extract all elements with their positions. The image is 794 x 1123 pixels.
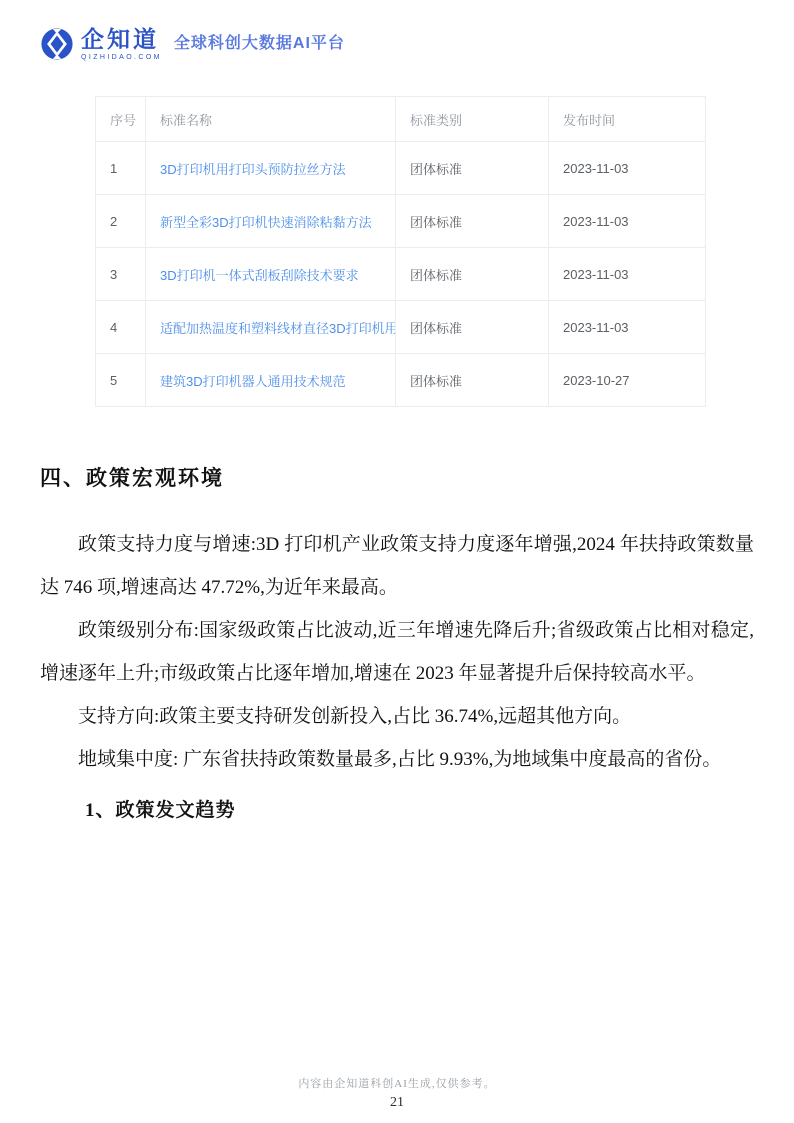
paragraph-policy-levels: 政策级别分布:国家级政策占比波动,近三年增速先降后升;省级政策占比相对稳定,增速… — [40, 609, 754, 695]
logo-tagline: 全球科创大数据AI平台 — [174, 27, 345, 53]
table-row: 3 3D打印机一体式刮板刮除技术要求 团体标准 2023-11-03 — [96, 248, 706, 301]
standards-table: 序号 标准名称 标准类别 发布时间 1 3D打印机用打印头预防拉丝方法 团体标准… — [95, 96, 705, 407]
column-header-date: 发布时间 — [549, 97, 706, 142]
cell-type: 团体标准 — [396, 195, 549, 248]
cell-date: 2023-11-03 — [549, 248, 706, 301]
cell-date: 2023-10-27 — [549, 354, 706, 407]
cell-type: 团体标准 — [396, 301, 549, 354]
logo-brand-name: 企知道 — [81, 28, 162, 51]
table-row: 4 适配加热温度和塑料线材直径3D打印机用打印头 团体标准 2023-11-03 — [96, 301, 706, 354]
standard-name-link[interactable]: 3D打印机用打印头预防拉丝方法 — [160, 162, 346, 177]
subsection-heading: 1、政策发文趋势 — [40, 795, 754, 822]
cell-date: 2023-11-03 — [549, 142, 706, 195]
table-header-row: 序号 标准名称 标准类别 发布时间 — [96, 97, 706, 142]
table-row: 2 新型全彩3D打印机快速消除粘黏方法 团体标准 2023-11-03 — [96, 195, 706, 248]
page-number: 21 — [0, 1095, 794, 1111]
cell-index: 4 — [96, 301, 146, 354]
cell-date: 2023-11-03 — [549, 301, 706, 354]
column-header-type: 标准类别 — [396, 97, 549, 142]
footer-disclaimer: 内容由企知道科创AI生成,仅供参考。 — [0, 1075, 794, 1091]
standard-name-link[interactable]: 适配加热温度和塑料线材直径3D打印机用打印头 — [160, 321, 396, 336]
qizhidao-logo-icon — [40, 27, 74, 61]
page-footer: 内容由企知道科创AI生成,仅供参考。 21 — [0, 1075, 794, 1111]
cell-type: 团体标准 — [396, 142, 549, 195]
paragraph-policy-support: 政策支持力度与增速:3D 打印机产业政策支持力度逐年增强,2024 年扶持政策数… — [40, 523, 754, 609]
table-row: 1 3D打印机用打印头预防拉丝方法 团体标准 2023-11-03 — [96, 142, 706, 195]
cell-type: 团体标准 — [396, 354, 549, 407]
policy-environment-section: 四、政策宏观环境 政策支持力度与增速:3D 打印机产业政策支持力度逐年增强,20… — [40, 463, 754, 822]
table-row: 5 建筑3D打印机器人通用技术规范 团体标准 2023-10-27 — [96, 354, 706, 407]
cell-date: 2023-11-03 — [549, 195, 706, 248]
logo-header: 企知道 QIZHIDAO.COM 全球科创大数据AI平台 — [40, 27, 345, 61]
cell-type: 团体标准 — [396, 248, 549, 301]
column-header-index: 序号 — [96, 97, 146, 142]
standard-name-link[interactable]: 3D打印机一体式刮板刮除技术要求 — [160, 268, 359, 283]
standard-name-link[interactable]: 建筑3D打印机器人通用技术规范 — [160, 374, 346, 389]
section-heading: 四、政策宏观环境 — [40, 463, 754, 493]
report-page: 企知道 QIZHIDAO.COM 全球科创大数据AI平台 序号 标准名称 标准类… — [0, 0, 794, 1123]
paragraph-support-direction: 支持方向:政策主要支持研发创新投入,占比 36.74%,远超其他方向。 — [40, 695, 754, 738]
logo-text-block: 企知道 QIZHIDAO.COM — [81, 28, 162, 61]
standard-name-link[interactable]: 新型全彩3D打印机快速消除粘黏方法 — [160, 215, 372, 230]
logo-domain-text: QIZHIDAO.COM — [81, 54, 162, 61]
cell-index: 3 — [96, 248, 146, 301]
cell-index: 1 — [96, 142, 146, 195]
cell-index: 2 — [96, 195, 146, 248]
column-header-name: 标准名称 — [146, 97, 396, 142]
cell-index: 5 — [96, 354, 146, 407]
paragraph-region-concentration: 地域集中度: 广东省扶持政策数量最多,占比 9.93%,为地域集中度最高的省份。 — [40, 738, 754, 781]
